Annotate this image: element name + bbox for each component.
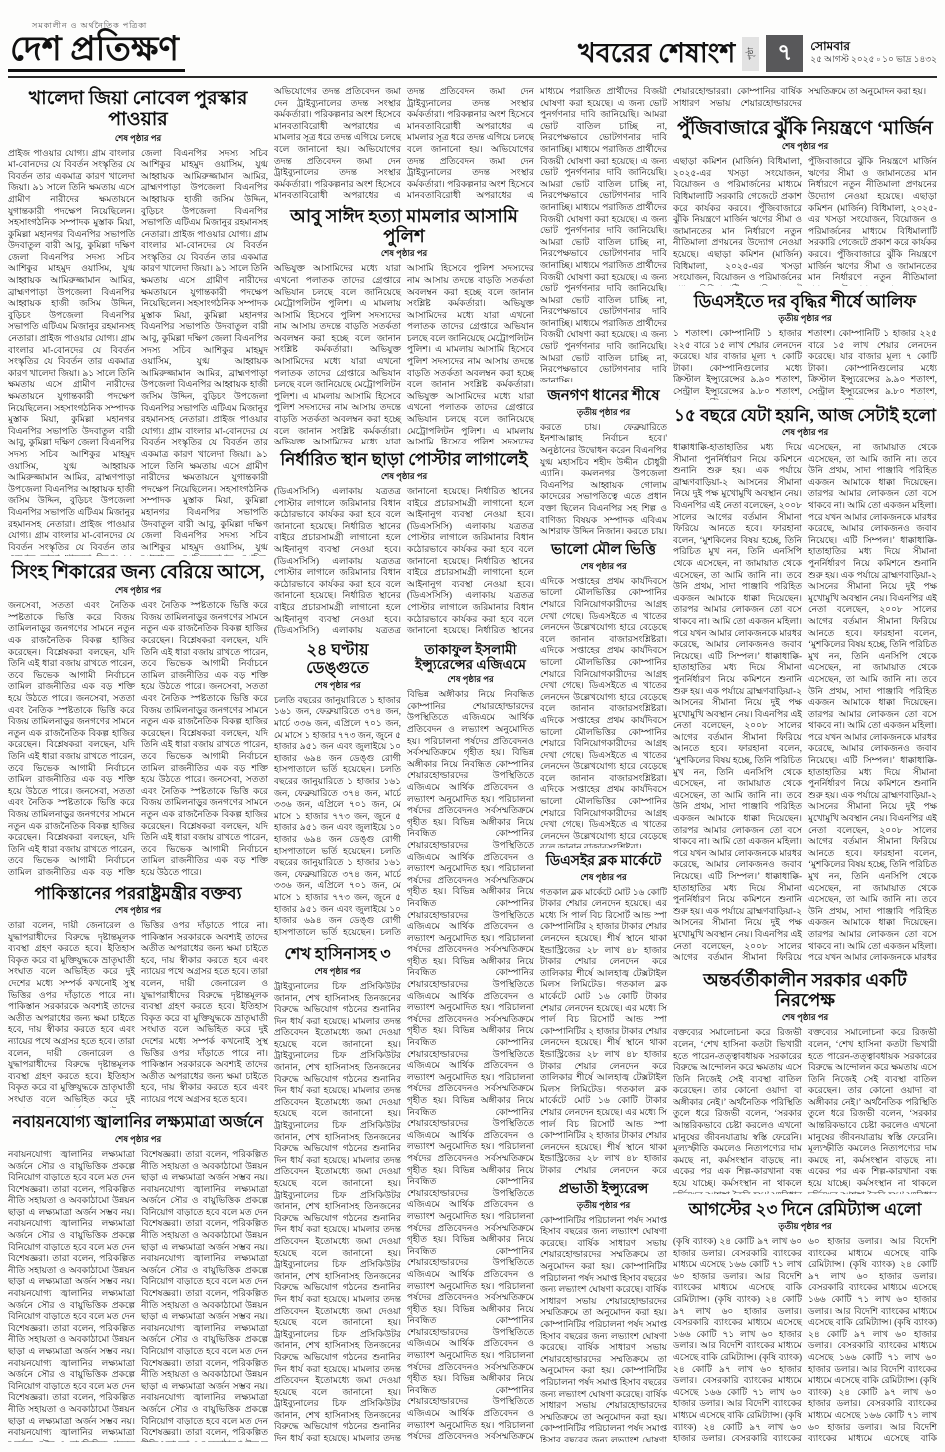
article-dengue-24h: ২৪ ঘণ্টায় ডেঙ্গুতে শেষ পৃষ্ঠার পর চলতি … <box>274 640 401 940</box>
article-body: করতে চায়। ফেব্রুয়ারিতে ইনশাআল্লাহ নির্… <box>540 422 667 536</box>
article-body: মাধ্যমে পরাজিত প্রার্থীদের বিজয়ী ঘোষণা … <box>540 86 667 382</box>
article-body: বক্তব্যের সমালোচনা করে রিজভী বলেন, ‘শেখ … <box>673 1027 937 1194</box>
sub-column-left: ২৪ ঘণ্টায় ডেঙ্গুতে শেষ পৃষ্ঠার পর চলতি … <box>274 640 401 1442</box>
header-right: খবরের শেষাংশ পৃষ্ঠা ৭ সোমবার ২৫ আগস্ট ২০… <box>578 35 937 72</box>
date-block: সোমবার ২৫ আগস্ট ২০২৫ ▫ ১০ ভাদ্র ১৪৩২ <box>810 40 937 68</box>
column-strip-1: খালেদা জিয়া নোবেল পুরস্কার পাওয়ার শেষ … <box>8 86 268 1442</box>
article-body: ধাক্কাধাক্কি-হাতাহাতির মধ্য দিয়ে সীমানা… <box>673 442 937 964</box>
continuation-note: শেষ পৃষ্ঠার পর <box>274 679 401 693</box>
continuation-text-block: মাধ্যমে পরাজিত প্রার্থীদের বিজয়ী ঘোষণা … <box>540 86 667 382</box>
article-body: (কৃষি ব্যাংক) ২৪ কোটি ৯৭ লাখ ৬০ হাজার ডল… <box>673 1236 937 1442</box>
newspaper-page: সমকালীন ও অর্থনৈতিক পত্রিকা দেশ প্রতিক্ষ… <box>0 0 945 1452</box>
headline: ১৫ বছরে যেটা হয়নি, আজ সেটাই হলো <box>673 406 937 425</box>
page-body: খালেদা জিয়া নোবেল পুরস্কার পাওয়ার শেষ … <box>8 86 937 1442</box>
column-strip-2: অভিযোগের তদন্ত প্রতিবেদন জমা দেন ট্রাইব্… <box>274 86 534 1442</box>
article-body: গতকাল ব্লক মার্কেটে মোট ১৬ কোটি টাকার শে… <box>540 887 667 1176</box>
article-dse-block-market: ডিএসইর ব্লক মার্কেটে শেষ পৃষ্ঠার পর গতকা… <box>540 852 667 1176</box>
article-body: তারা বলেন, দায়ী জেনারেল ও যুদ্ধাপরাধীদে… <box>8 920 268 1108</box>
continuation-note: শেষ পৃষ্ঠার পর <box>274 470 534 484</box>
headline: ডিএসইতে দর বৃদ্ধির শীর্ষে আলিফ <box>673 292 937 311</box>
headline: নির্ধারিত স্থান ছাড়া পোস্টার লাগালেই <box>274 450 534 469</box>
headline: আবু সাঈদ হত্যা মামলার আসামি পুলিশ <box>274 206 534 246</box>
article-body: অভিযুক্ত আসামিদের মধ্যে যারা এখনো পলাতক … <box>274 263 534 444</box>
continuation-note: শেষ পৃষ্ঠার পর <box>673 140 937 154</box>
article-body: জনসেবা, সততা এবং নৈতিক স্পষ্টতাকে ভিত্তি… <box>8 600 268 878</box>
article-khaleda-nobel: খালেদা জিয়া নোবেল পুরস্কার পাওয়ার শেষ … <box>8 86 268 556</box>
headline: পুঁজিবাজারে ঝুঁকি নিয়ন্ত্রণে ‘মার্জিন <box>673 118 937 139</box>
continuation-note: শেষ পৃষ্ঠার পর <box>8 584 268 598</box>
article-body: ট্রাইব্যুনালের চিফ প্রসিকিউটর জানান, শেখ… <box>274 981 401 1442</box>
article-provati-insurance: প্রভাতী ইন্স্যুরেন্স তৃতীয় পৃষ্ঠার পর ক… <box>540 1180 667 1442</box>
continuation-note: শেষ পৃষ্ঠার পর <box>8 132 268 146</box>
article-poster-fine: নির্ধারিত স্থান ছাড়া পোস্টার লাগালেই শে… <box>274 448 534 636</box>
continuation-note: তৃতীয় পৃষ্ঠার পর <box>540 1199 667 1213</box>
continuation-note: শেষ পৃষ্ঠার পর <box>407 673 534 687</box>
continuation-note: তৃতীয় পৃষ্ঠার পর <box>540 406 667 420</box>
article-body: শেয়ারহোল্ডাররা। কোম্পানির বার্ষিক সাধার… <box>673 86 937 112</box>
article-remittance-august: আগস্টের ২৩ দিনে রেমিট্যান্স এলো তৃতীয় প… <box>673 1198 937 1442</box>
article-takaful-agm: তাকাফুল ইসলামী ইন্স্যুরেন্সের এজিএমে শেষ… <box>407 640 534 1442</box>
headline: জনগণ ধানের শীষে <box>540 388 667 405</box>
article-body: (ডিএসসিসি) এলাকায় যত্রতত্র পোস্টার লাগা… <box>274 486 534 636</box>
article-lion-hunt: সিংহ শিকারের জন্য বেরিয়ে আসে, শেষ পৃষ্ঠ… <box>8 560 268 878</box>
article-body: অভিযোগের তদন্ত প্রতিবেদন জমা দেন ট্রাইব্… <box>274 86 534 200</box>
headline: খালেদা জিয়া নোবেল পুরস্কার পাওয়ার <box>8 88 268 131</box>
continuation-text-block: অভিযোগের তদন্ত প্রতিবেদন জমা দেন ট্রাইব্… <box>274 86 534 200</box>
article-body: প্রাইজ পাওয়ার যোগ্য। গ্রাম বাংলার মা-বো… <box>8 148 268 556</box>
article-body: চলতি বছরের জানুয়ারিতে ১ হাজার ১৬১ জন, ফ… <box>274 695 401 940</box>
continuation-note: শেষ পৃষ্ঠার পর <box>540 871 667 885</box>
column-strip-3: মাধ্যমে পরাজিত প্রার্থীদের বিজয়ী ঘোষণা … <box>540 86 667 1442</box>
column-strip-4: শেয়ারহোল্ডাররা। কোম্পানির বার্ষিক সাধার… <box>673 86 937 1442</box>
continuation-note: তৃতীয় পৃষ্ঠার পর <box>673 312 937 326</box>
article-jonogon-dhaner-shishe: জনগণ ধানের শীষে তৃতীয় পৃষ্ঠার পর করতে চ… <box>540 386 667 536</box>
continuation-note: তৃতীয় পৃষ্ঠার পর <box>673 1220 937 1234</box>
continuation-note: শেষ পৃষ্ঠার পর <box>274 965 401 979</box>
headline: পাকিস্তানের পররাষ্ট্রমন্ত্রীর বক্তব্য <box>8 884 268 903</box>
page-number: ৭ <box>766 35 803 72</box>
article-body: ১ শতাংশ। কোম্পানিটি ১ হাজার ২২৫ বারে ১৫ … <box>673 328 937 400</box>
article-body: নবায়নযোগ্য জ্বালানির লক্ষ্যমাত্রা অর্জন… <box>8 1149 268 1442</box>
masthead: সমকালীন ও অর্থনৈতিক পত্রিকা দেশ প্রতিক্ষ… <box>8 20 185 72</box>
article-bhalo-moul-bhitti: ভালো মৌল ভিত্তি শেষ পৃষ্ঠার পর এদিকে সপ্… <box>540 540 667 848</box>
headline: ২৪ ঘণ্টায় ডেঙ্গুতে <box>274 642 401 678</box>
headline: আগস্টের ২৩ দিনে রেমিট্যান্স এলো <box>673 1200 937 1219</box>
continuation-note: শেষ পৃষ্ঠার পর <box>673 426 937 440</box>
dateline: ২৫ আগস্ট ২০২৫ ▫ ১০ ভাদ্র ১৪৩২ <box>810 53 937 66</box>
headline: ভালো মৌল ভিত্তি <box>540 542 667 559</box>
split-row: ২৪ ঘণ্টায় ডেঙ্গুতে শেষ পৃষ্ঠার পর চলতি … <box>274 640 534 1442</box>
article-body: কোম্পানিটির পরিচালনা পর্ষদ সমাপ্ত হিসাব … <box>540 1215 667 1442</box>
newspaper-title: দেশ প্রতিক্ষণ <box>8 33 185 72</box>
headline: অন্তর্বর্তীকালীন সরকার একটি নিরপেক্ষ <box>673 970 937 1010</box>
article-pakistan-fm: পাকিস্তানের পররাষ্ট্রমন্ত্রীর বক্তব্য শে… <box>8 882 268 1108</box>
section-title: খবরের শেষাংশ <box>578 39 735 69</box>
article-dse-top-gainer-alif: ডিএসইতে দর বৃদ্ধির শীর্ষে আলিফ তৃতীয় পৃ… <box>673 290 937 400</box>
continuation-text-block: শেয়ারহোল্ডাররা। কোম্পানির বার্ষিক সাধার… <box>673 86 937 112</box>
page-header: সমকালীন ও অর্থনৈতিক পত্রিকা দেশ প্রতিক্ষ… <box>8 6 937 78</box>
headline: তাকাফুল ইসলামী ইন্স্যুরেন্সের এজিএমে <box>407 642 534 672</box>
article-body: এদিকে সপ্তাহের প্রথম কার্যদিবসে ভালো মৌল… <box>540 576 667 848</box>
headline: নবায়নযোগ্য জ্বালানির লক্ষ্যমাত্রা অর্জন… <box>8 1114 268 1132</box>
continuation-note: শেষ পৃষ্ঠার পর <box>673 1011 937 1025</box>
headline: শেখ হাসিনাসহ ৩ <box>274 946 401 964</box>
article-margin-rules: পুঁজিবাজারে ঝুঁকি নিয়ন্ত্রণে ‘মার্জিন শ… <box>673 116 937 286</box>
continuation-note: শেষ পৃষ্ঠার পর <box>8 1133 268 1147</box>
page-label: পৃষ্ঠা <box>742 37 759 71</box>
article-body: বিভিন্ন অঙ্গীকার নিয়ে নিবন্ধিত কোম্পানি… <box>407 689 534 1442</box>
weekday: সোমবার <box>810 40 937 53</box>
article-renewable-energy: নবায়নযোগ্য জ্বালানির লক্ষ্যমাত্রা অর্জন… <box>8 1112 268 1442</box>
article-body: এছাড়া কমিশন (মার্জিন) বিধিমালা, ২০২৫-এর… <box>673 156 937 286</box>
article-abu-sayeed-case: আবু সাঈদ হত্যা মামলার আসামি পুলিশ শেষ পৃ… <box>274 204 534 444</box>
headline: প্রভাতী ইন্স্যুরেন্স <box>540 1182 667 1198</box>
article-hasina-3: শেখ হাসিনাসহ ৩ শেষ পৃষ্ঠার পর ট্রাইব্যুন… <box>274 944 401 1442</box>
continuation-note: শেষ পৃষ্ঠার পর <box>540 560 667 574</box>
article-fifteen-years: ১৫ বছরে যেটা হয়নি, আজ সেটাই হলো শেষ পৃষ… <box>673 404 937 964</box>
headline: ডিএসইর ব্লক মার্কেটে <box>540 854 667 870</box>
sub-column-right: তাকাফুল ইসলামী ইন্স্যুরেন্সের এজিএমে শেষ… <box>407 640 534 1442</box>
headline: সিংহ শিকারের জন্য বেরিয়ে আসে, <box>8 562 268 583</box>
article-interim-govt-neutral: অন্তর্বর্তীকালীন সরকার একটি নিরপেক্ষ শেষ… <box>673 968 937 1194</box>
continuation-note: শেষ পৃষ্ঠার পর <box>274 247 534 261</box>
continuation-note: শেষ পৃষ্ঠার পর <box>8 904 268 918</box>
